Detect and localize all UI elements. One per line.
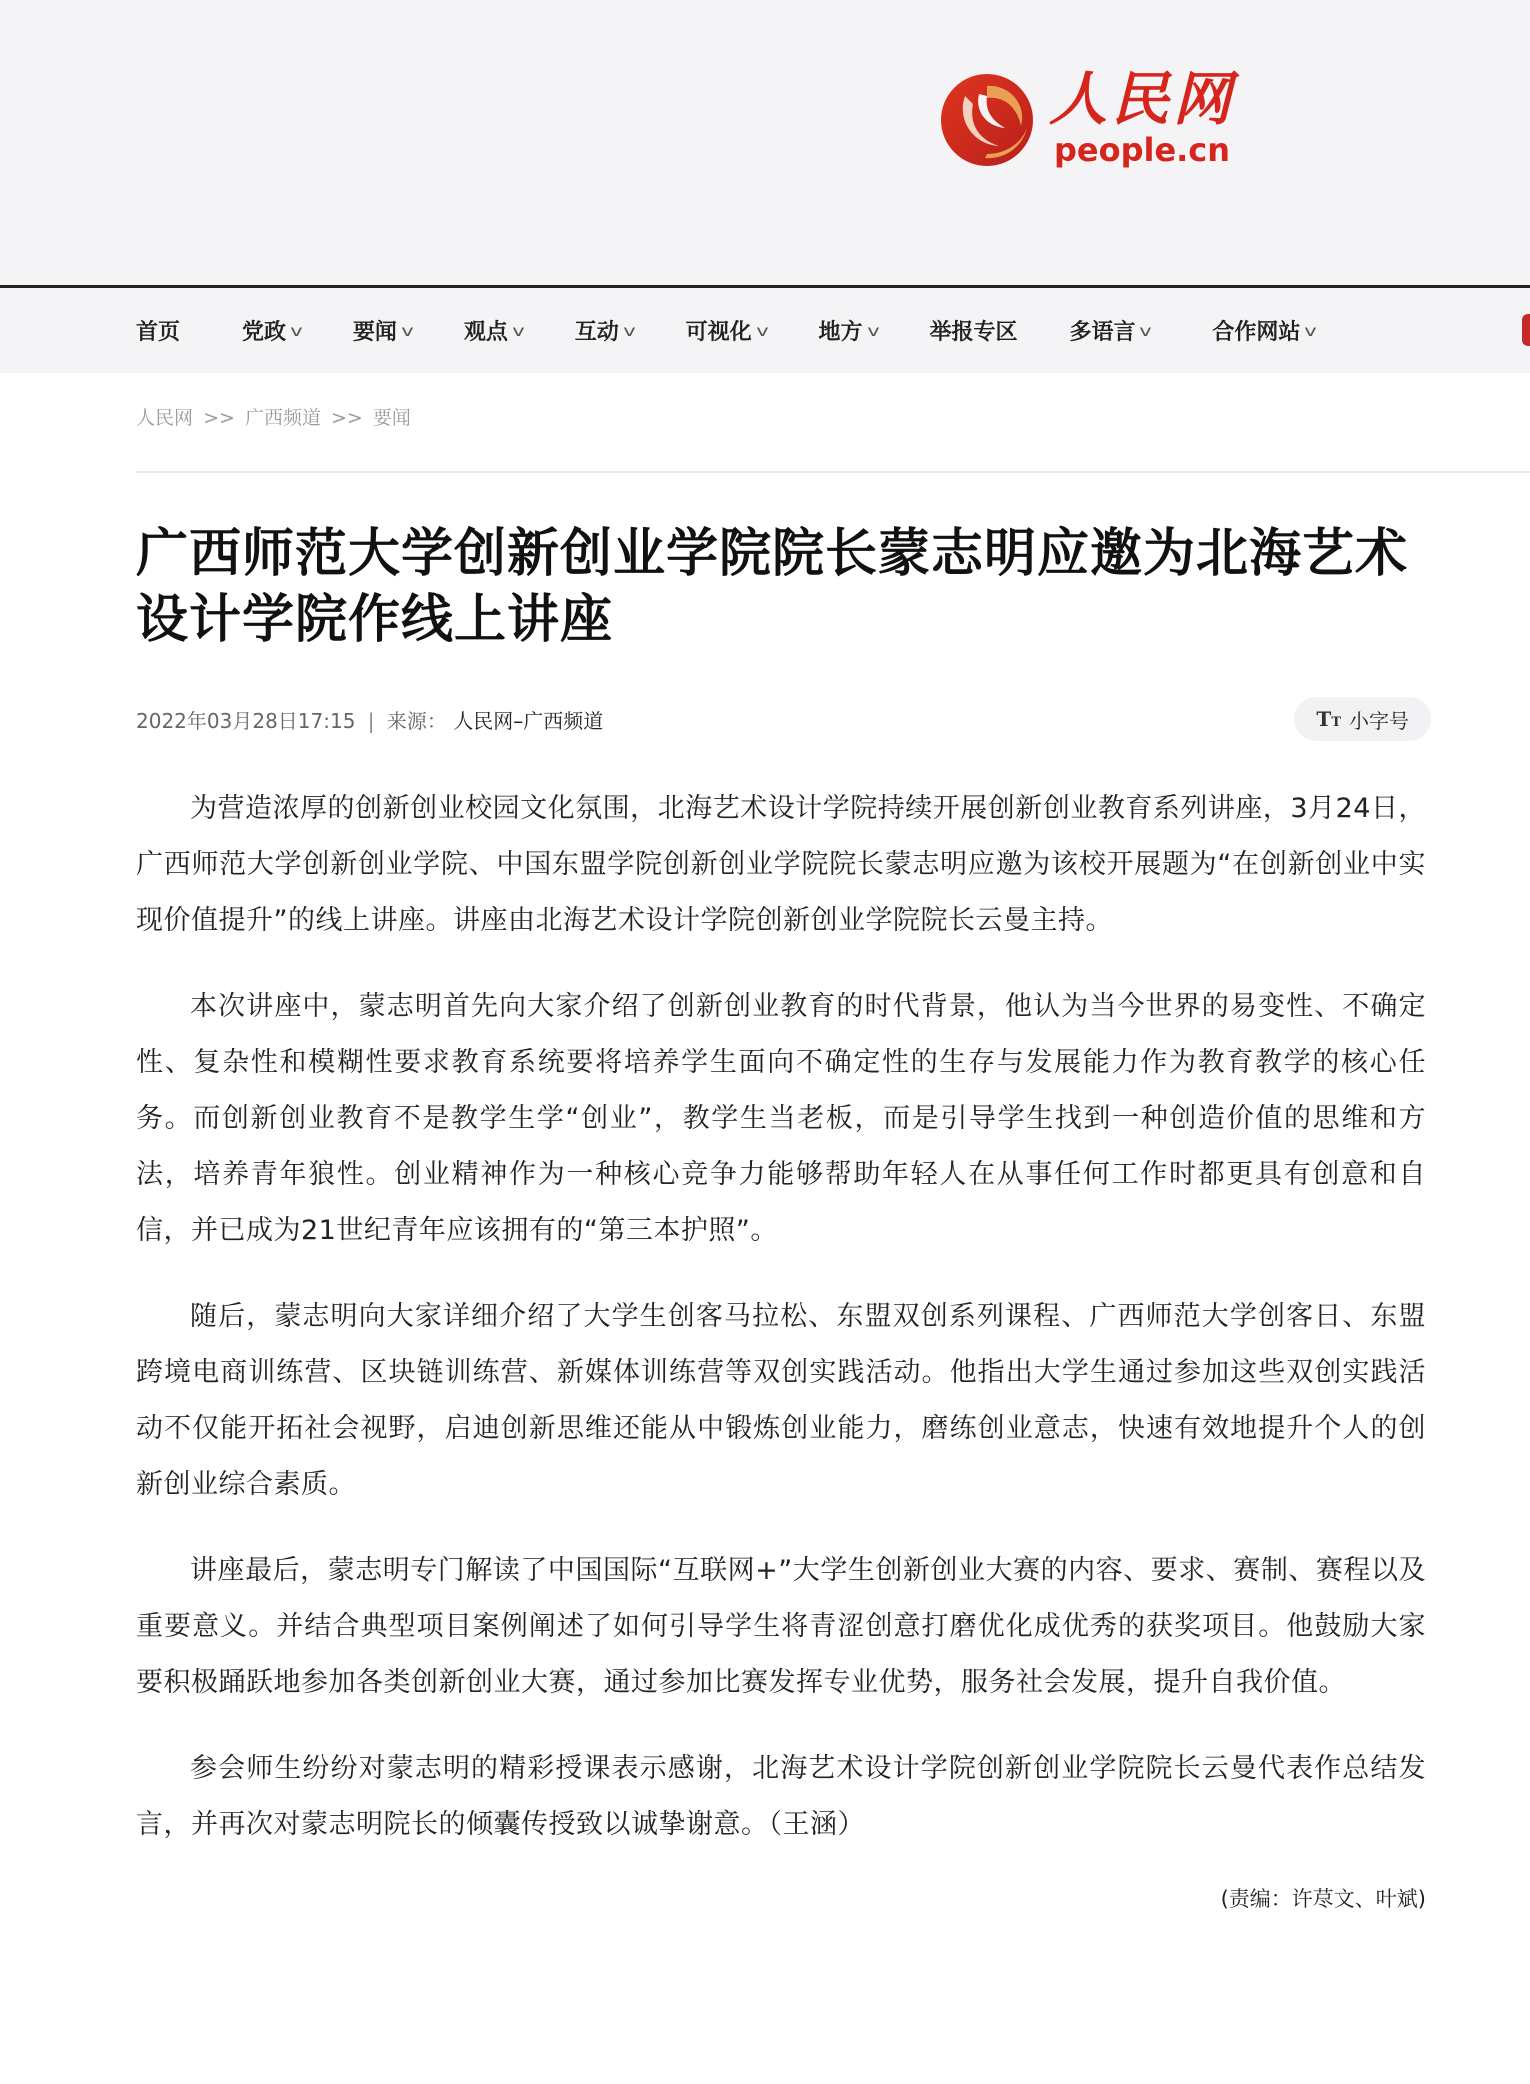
publish-datetime: 2022年03月28日17:15: [136, 709, 355, 733]
article-editor: (责编：许荩文、叶斌): [136, 1883, 1426, 1943]
nav-label: 合作网站: [1212, 315, 1300, 346]
chevron-down-icon: v: [867, 322, 879, 340]
article-meta: 2022年03月28日17:15 | 来源： 人民网–广西频道 TT 小字号: [136, 697, 1426, 741]
site-logo[interactable]: 人民网 people.cn: [935, 66, 1235, 170]
chevron-down-icon: v: [290, 322, 302, 340]
nav-item-visual[interactable]: 可视化 v: [686, 315, 767, 346]
font-size-icon: TT: [1316, 707, 1341, 731]
chevron-down-icon: v: [1140, 322, 1152, 340]
meta-separator: |: [368, 709, 375, 733]
nav-label: 首页: [136, 315, 180, 346]
nav-item-party[interactable]: 党政 v: [242, 315, 301, 346]
logo-cn-text: 人民网: [1049, 70, 1235, 128]
article-title: 广西师范大学创新创业学院院长蒙志明应邀为北海艺术设计学院作线上讲座: [136, 521, 1426, 653]
nav-overflow-button[interactable]: [1522, 314, 1530, 346]
article-paragraph: 随后，蒙志明向大家详细介绍了大学生创客马拉松、东盟双创系列课程、广西师范大学创客…: [136, 1289, 1426, 1513]
nav-label: 要闻: [353, 315, 397, 346]
nav-label: 地方: [819, 315, 863, 346]
nav-label: 可视化: [686, 315, 752, 346]
nav-item-report[interactable]: 举报专区: [929, 315, 1017, 346]
nav-label: 党政: [242, 315, 286, 346]
font-size-toggle-button[interactable]: TT 小字号: [1294, 697, 1431, 741]
nav-label: 举报专区: [929, 315, 1017, 346]
chevron-down-icon: v: [756, 322, 768, 340]
nav-item-local[interactable]: 地方 v: [819, 315, 878, 346]
breadcrumb-separator: >>: [331, 407, 363, 429]
article-paragraph: 参会师生纷纷对蒙志明的精彩授课表示感谢，北海艺术设计学院创新创业学院院长云曼代表…: [136, 1741, 1426, 1853]
main-nav: 首页 党政 v 要闻 v 观点 v 互动 v 可视化 v 地方 v 举报专区 多…: [0, 288, 1530, 373]
article-paragraph: 为营造浓厚的创新创业校园文化氛围，北海艺术设计学院持续开展创新创业教育系列讲座，…: [136, 781, 1426, 949]
breadcrumb-separator: >>: [203, 407, 235, 429]
nav-item-home[interactable]: 首页: [136, 315, 180, 346]
nav-item-partners[interactable]: 合作网站 v: [1212, 315, 1315, 346]
article: 广西师范大学创新创业学院院长蒙志明应邀为北海艺术设计学院作线上讲座 2022年0…: [136, 521, 1426, 1943]
nav-item-opinion[interactable]: 观点 v: [464, 315, 523, 346]
source-label: 来源：: [387, 709, 447, 733]
nav-item-news[interactable]: 要闻 v: [353, 315, 412, 346]
nav-label: 互动: [575, 315, 619, 346]
font-size-toggle-label: 小字号: [1349, 705, 1409, 734]
breadcrumb-link-channel[interactable]: 广西频道: [245, 407, 321, 429]
chevron-down-icon: v: [1305, 322, 1317, 340]
breadcrumb: 人民网 >> 广西频道 >> 要闻: [136, 373, 1530, 473]
article-body: 为营造浓厚的创新创业校园文化氛围，北海艺术设计学院持续开展创新创业教育系列讲座，…: [136, 781, 1426, 1853]
source-link[interactable]: 人民网–广西频道: [453, 709, 603, 733]
nav-label: 观点: [464, 315, 508, 346]
article-paragraph: 讲座最后，蒙志明专门解读了中国国际“互联网+”大学生创新创业大赛的内容、要求、赛…: [136, 1543, 1426, 1711]
site-header: 人民网 people.cn: [0, 0, 1530, 288]
nav-item-interact[interactable]: 互动 v: [575, 315, 634, 346]
breadcrumb-link-home[interactable]: 人民网: [136, 407, 193, 429]
chevron-down-icon: v: [623, 322, 635, 340]
people-logo-icon: [935, 66, 1039, 170]
article-paragraph: 本次讲座中，蒙志明首先向大家介绍了创新创业教育的时代背景，他认为当今世界的易变性…: [136, 979, 1426, 1259]
chevron-down-icon: v: [401, 322, 413, 340]
nav-label: 多语言: [1069, 315, 1135, 346]
nav-item-languages[interactable]: 多语言 v: [1069, 315, 1150, 346]
breadcrumb-link-section[interactable]: 要闻: [373, 407, 411, 429]
logo-en-text: people.cn: [1054, 134, 1230, 166]
chevron-down-icon: v: [512, 322, 524, 340]
